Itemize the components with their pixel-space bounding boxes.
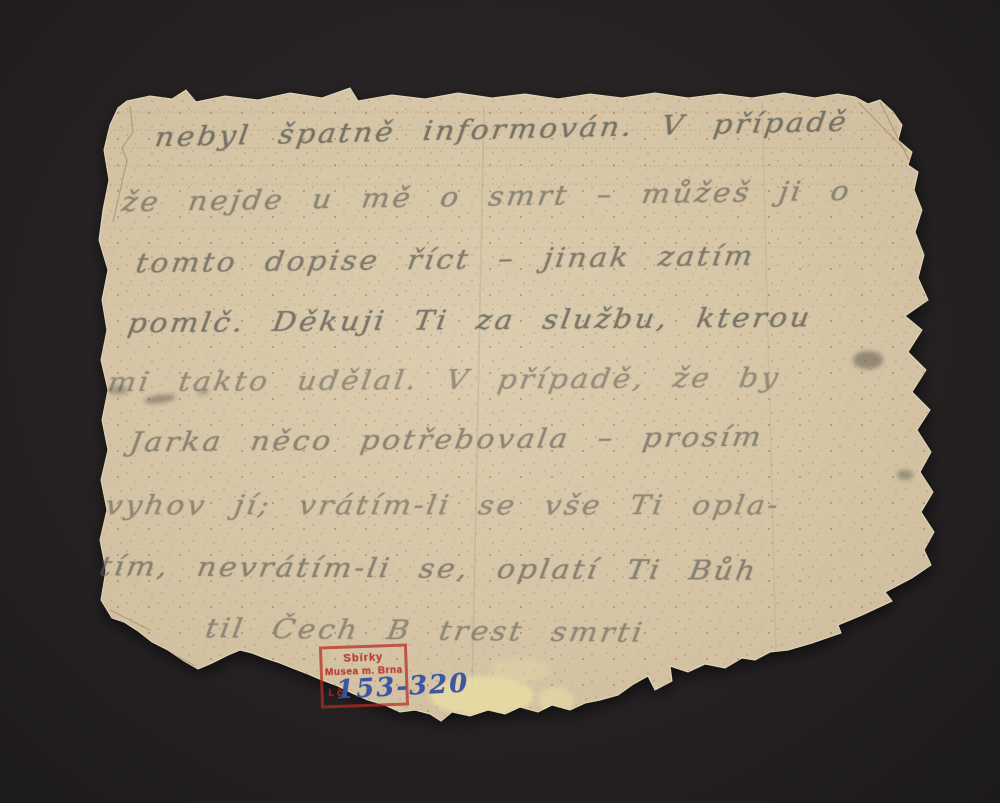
- handwritten-line-5: mi takto udělal. V případě, že by: [106, 364, 783, 396]
- handwritten-line-1: nebyl špatně informován. V případě: [153, 108, 850, 151]
- inventory-number: 153-320: [335, 671, 470, 704]
- handwritten-line-4: pomlč. Děkuji Ti za službu, kterou: [126, 304, 814, 337]
- handwritten-line-7: vyhov jí; vrátím-li se vše Ti opla-: [104, 492, 783, 519]
- handwritten-line-8: tím, nevrátím-li se, oplatí Ti Bůh: [98, 553, 760, 585]
- handwritten-line-6: Jarka něco potřebovala – prosím: [128, 423, 765, 456]
- handwriting-layer: nebyl špatně informován. V případě že ne…: [0, 0, 1000, 803]
- handwritten-line-2: že nejde u mě o smrt – můžeš ji o: [120, 178, 853, 217]
- handwritten-line-9: til Čech B trest smrti: [203, 615, 646, 647]
- photo-scene: nebyl špatně informován. V případě že ne…: [0, 0, 1000, 803]
- stamp-text-line1: Sbírky: [322, 651, 404, 666]
- handwritten-line-3: tomto dopise říct – jinak zatím: [134, 242, 757, 277]
